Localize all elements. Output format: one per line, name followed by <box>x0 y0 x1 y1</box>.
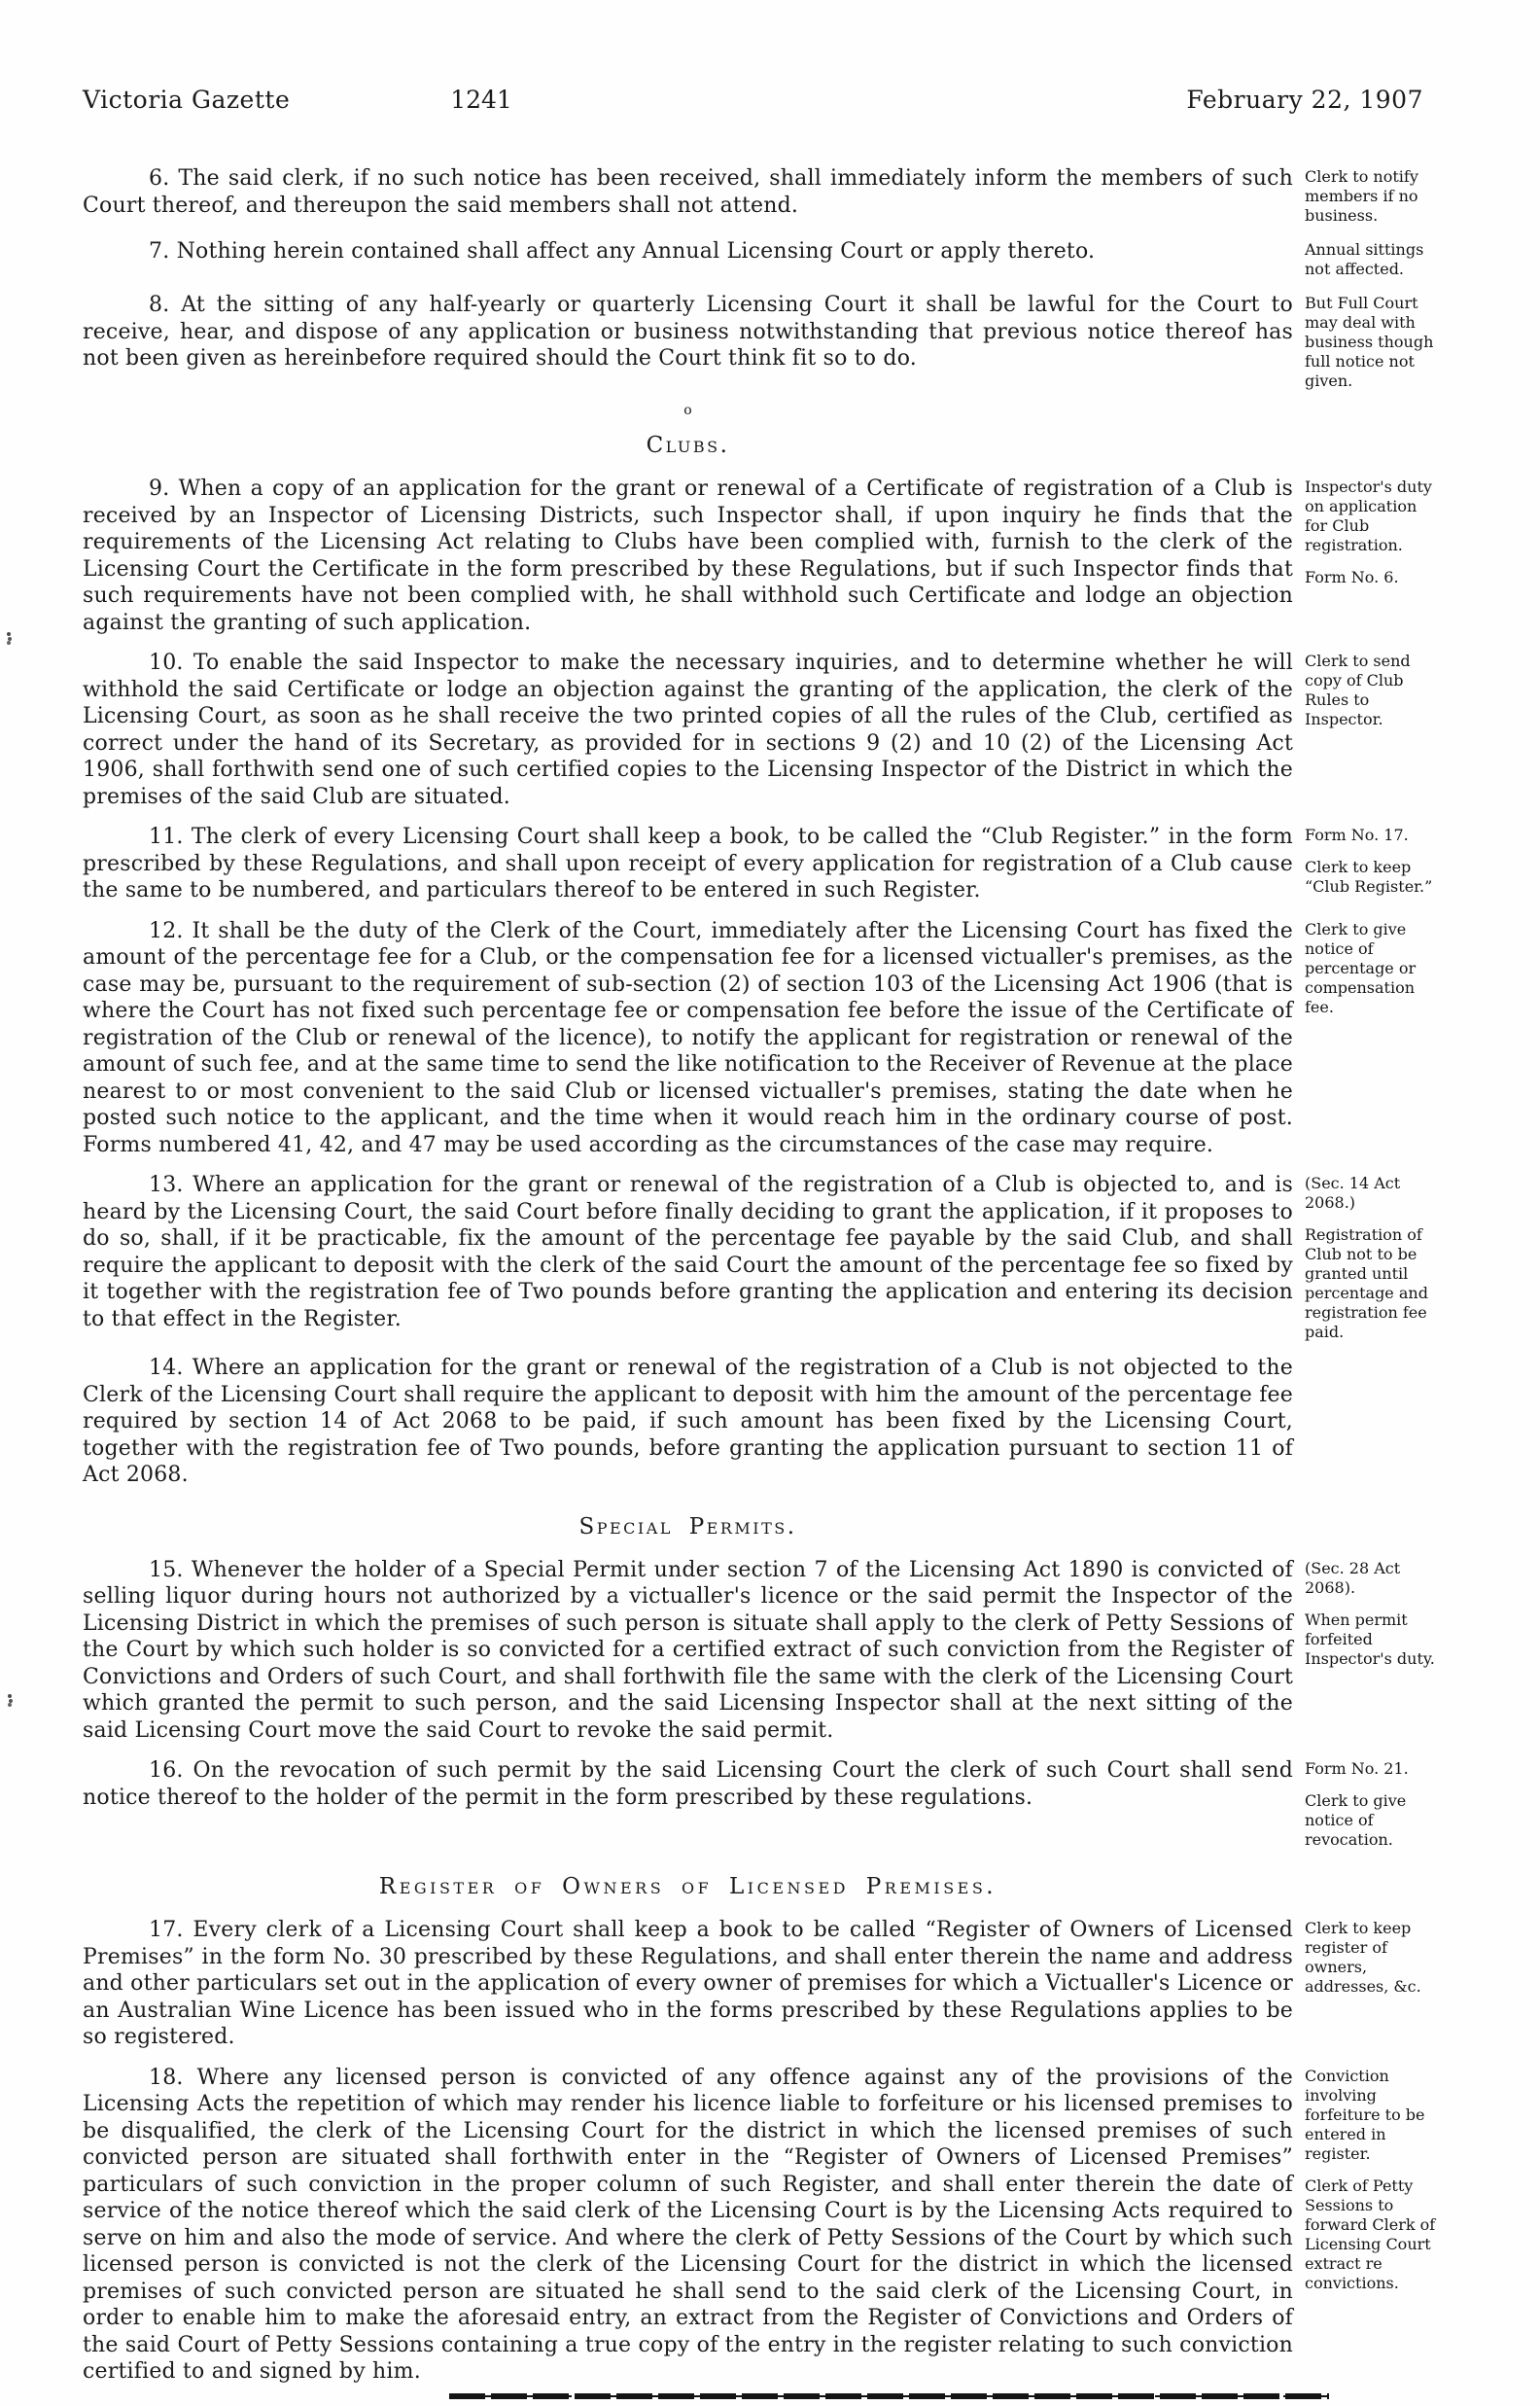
margin-note: Clerk to give notice of revocation. <box>1305 1791 1439 1850</box>
paragraph-16: 16. On the revocation of such permit by … <box>83 1757 1293 1811</box>
paragraph-13: 13. Where an application for the grant o… <box>83 1172 1293 1332</box>
margin-notes: Clerk to give notice of percentage or co… <box>1293 918 1439 1030</box>
section-row: 11. The clerk of every Licensing Court s… <box>83 824 1439 918</box>
margin-notes: Clerk to keep register of owners, addres… <box>1293 1917 1439 2009</box>
margin-note: Annual sittings not affected. <box>1305 240 1439 279</box>
paragraph-11: 11. The clerk of every Licensing Court s… <box>83 824 1293 904</box>
margin-note: Clerk to keep “Club Register.” <box>1305 858 1439 897</box>
section-row: 14. Where an application for the grant o… <box>83 1355 1439 1503</box>
margin-notes <box>1293 1503 1439 1504</box>
paragraph-8: 8. At the sitting of any half-yearly or … <box>83 292 1293 372</box>
margin-notes <box>1293 421 1439 423</box>
margin-note: Clerk of Petty Sessions to forward Clerk… <box>1305 2176 1439 2293</box>
section-row: 15. Whenever the holder of a Special Per… <box>83 1557 1439 1758</box>
issue-date: February 22, 1907 <box>1186 86 1423 114</box>
paragraph-17: 17. Every clerk of a Licensing Court sha… <box>83 1917 1293 2051</box>
section-ornament: o <box>83 404 1293 419</box>
page-edge-artifact <box>449 2393 1329 2399</box>
margin-note: (Sec. 28 Act 2068). <box>1305 1559 1439 1598</box>
paragraph-12: 12. It shall be the duty of the Clerk of… <box>83 918 1293 1159</box>
section-row: 17. Every clerk of a Licensing Court sha… <box>83 1917 1439 2065</box>
section-row: 7. Nothing herein contained shall affect… <box>83 238 1439 292</box>
margin-notes: (Sec. 14 Act 2068.) Registration of Club… <box>1293 1172 1439 1355</box>
margin-notes: Inspector's duty on application for Club… <box>1293 476 1439 600</box>
paragraph-18: 18. Where any licensed person is convict… <box>83 2065 1293 2386</box>
paragraph-10: 10. To enable the said Inspector to make… <box>83 650 1293 810</box>
margin-note: Form No. 17. <box>1305 826 1439 845</box>
margin-note: Form No. 6. <box>1305 568 1439 587</box>
margin-notes: But Full Court may deal with business th… <box>1293 292 1439 404</box>
section-row: 18. Where any licensed person is convict… <box>83 2065 1439 2399</box>
margin-note: Registration of Club not to be granted u… <box>1305 1225 1439 1342</box>
paragraph-15: 15. Whenever the holder of a Special Per… <box>83 1557 1293 1745</box>
margin-notes: Conviction involving forfeiture to be en… <box>1293 2065 1439 2306</box>
margin-notes: Form No. 21. Clerk to give notice of rev… <box>1293 1757 1439 1862</box>
margin-note: Inspector's duty on application for Club… <box>1305 478 1439 555</box>
margin-note: When permit forfeited Inspector's duty. <box>1305 1610 1439 1669</box>
section-row: Register of Owners of Licensed Premises. <box>83 1862 1439 1917</box>
margin-note: Clerk to notify members if no business. <box>1305 167 1439 226</box>
section-row: 8. At the sitting of any half-yearly or … <box>83 292 1439 404</box>
margin-note: Clerk to keep register of owners, addres… <box>1305 1919 1439 1997</box>
margin-notes <box>1293 1355 1439 1357</box>
section-row: 10. To enable the said Inspector to make… <box>83 650 1439 824</box>
heading-special-permits: Special Permits. <box>83 1514 1293 1539</box>
section-row: 6. The said clerk, if no such notice has… <box>83 165 1439 238</box>
margin-note: Clerk to give notice of percentage or co… <box>1305 920 1439 1017</box>
margin-notes: Annual sittings not affected. <box>1293 238 1439 292</box>
section-row: 13. Where an application for the grant o… <box>83 1172 1439 1355</box>
heading-clubs: Clubs. <box>83 433 1293 458</box>
scan-artifact <box>7 632 11 636</box>
scan-artifact <box>8 1694 12 1698</box>
margin-note: Conviction involving forfeiture to be en… <box>1305 2067 1439 2164</box>
margin-note: But Full Court may deal with business th… <box>1305 294 1439 391</box>
section-row: 9. When a copy of an application for the… <box>83 476 1439 650</box>
section-row: Special Permits. <box>83 1503 1439 1557</box>
margin-notes: (Sec. 28 Act 2068). When permit forfeite… <box>1293 1557 1439 1681</box>
page-number: 1241 <box>423 86 540 114</box>
section-row: 12. It shall be the duty of the Clerk of… <box>83 918 1439 1173</box>
section-row: Clubs. <box>83 421 1439 476</box>
paragraph-6: 6. The said clerk, if no such notice has… <box>83 165 1293 219</box>
gazette-page: Victoria Gazette 1241 February 22, 1907 … <box>0 0 1540 2406</box>
publication-title: Victoria Gazette <box>83 86 290 114</box>
paragraph-9: 9. When a copy of an application for the… <box>83 476 1293 636</box>
margin-notes: Form No. 17. Clerk to keep “Club Registe… <box>1293 824 1439 909</box>
margin-notes: Clerk to send copy of Club Rules to Insp… <box>1293 650 1439 742</box>
page-header: Victoria Gazette 1241 February 22, 1907 <box>83 86 1423 124</box>
margin-notes <box>1293 1862 1439 1864</box>
page-body: 6. The said clerk, if no such notice has… <box>83 165 1439 2399</box>
margin-note: Clerk to send copy of Club Rules to Insp… <box>1305 652 1439 729</box>
paragraph-7: 7. Nothing herein contained shall affect… <box>83 238 1293 265</box>
margin-note: (Sec. 14 Act 2068.) <box>1305 1174 1439 1213</box>
margin-notes: Clerk to notify members if no business. <box>1293 165 1439 238</box>
heading-register-of-owners: Register of Owners of Licensed Premises. <box>83 1874 1293 1899</box>
section-row: 16. On the revocation of such permit by … <box>83 1757 1439 1862</box>
margin-note: Form No. 21. <box>1305 1759 1439 1779</box>
paragraph-14: 14. Where an application for the grant o… <box>83 1355 1293 1489</box>
